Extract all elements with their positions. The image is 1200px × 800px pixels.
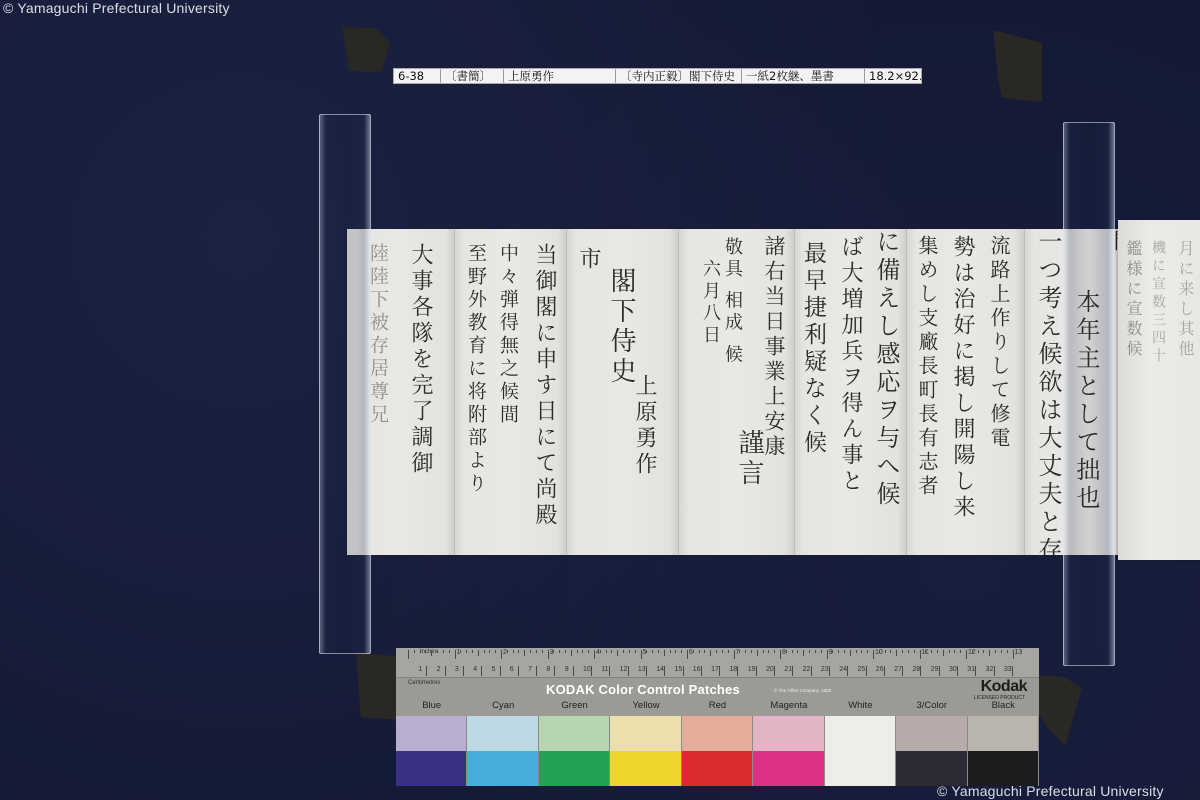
ruler-tick: [565, 650, 566, 653]
ruler-cm-tick: [994, 666, 995, 676]
ruler-tick: [768, 650, 769, 653]
ruler-inches-label: Inches: [420, 649, 438, 655]
ruler-tick: [774, 650, 775, 653]
ruler-tick: [652, 650, 653, 653]
ruler-cm-number: 12: [620, 666, 628, 673]
letter-panel-5: 最早捷利疑なく候 ば大増加兵ヲ得ん事と に備えし感応ヲ与へ候: [795, 229, 907, 555]
ruler-cm-number: 15: [675, 666, 683, 673]
ruler-tick: [617, 650, 618, 656]
label-size: 18.2×92.2: [865, 69, 921, 83]
patch-magenta: [753, 716, 824, 786]
ruler-tick: [1001, 650, 1002, 653]
ruler-cm-tick: [829, 666, 830, 676]
color-patches: [396, 716, 1039, 786]
letter-column: 至野外教育に将附部より: [463, 243, 490, 496]
ruler-cm-tick: [811, 666, 812, 676]
ruler-cm-tick: [628, 666, 629, 676]
acrylic-weight-right: [1063, 122, 1115, 666]
label-type: 〔書簡〕: [441, 69, 504, 83]
copyright-watermark-bottom: © Yamaguchi Prefectural University: [937, 783, 1164, 799]
ruler-tick: [431, 650, 432, 656]
letter-column-faint: 機に宣数三四十: [1148, 240, 1168, 366]
patch-dark: [396, 751, 466, 786]
ruler-cm-tick: [500, 666, 501, 676]
ruler-tick: [408, 650, 409, 659]
ruler-tick: [716, 650, 717, 653]
ruler-tick: [594, 650, 595, 659]
patch-name-black: Black: [968, 700, 1039, 714]
patch-cyan: [467, 716, 538, 786]
ruler-tick: [885, 650, 886, 653]
ruler-tick: [763, 650, 764, 653]
ruler-cm-number: 17: [711, 666, 719, 673]
ruler-inch-number: 9: [829, 649, 833, 656]
patch-light: [467, 716, 537, 751]
ruler-cm-tick: [683, 666, 684, 676]
ruler-tick: [966, 650, 967, 659]
ruler-inch-number: 8: [782, 649, 786, 656]
ruler-cm-tick: [957, 666, 958, 676]
patch-dark: [968, 751, 1038, 786]
ruler-inch-number: 11: [922, 649, 929, 656]
ruler-tick: [734, 650, 735, 659]
ruler-cm-tick: [847, 666, 848, 676]
ruler-tick: [536, 650, 537, 653]
patch-name-cyan: Cyan: [467, 700, 538, 714]
ruler-cm-tick: [737, 666, 738, 676]
ruler-cm-tick: [426, 666, 427, 676]
patch-black: [968, 716, 1039, 786]
ruler-tick: [850, 650, 851, 656]
ruler-tick: [989, 650, 990, 656]
ruler-tick: [821, 650, 822, 653]
ruler-tick: [675, 650, 676, 653]
ruler-cm-tick: [774, 666, 775, 676]
ruler-tick: [995, 650, 996, 653]
patch-light: [682, 716, 752, 751]
ruler-cm-tick: [701, 666, 702, 676]
letter-column: 最早捷利疑なく候: [797, 241, 830, 457]
ruler-cm-number: 7: [528, 666, 532, 673]
ruler-inch-number: 2: [503, 649, 507, 656]
ruler-tick: [751, 650, 752, 653]
ruler-tick: [437, 650, 438, 653]
ruler-tick: [670, 650, 671, 653]
ruler-cm-tick: [573, 666, 574, 676]
patch-blue: [396, 716, 467, 786]
ruler-tick: [710, 650, 711, 656]
ruler-tick: [414, 650, 415, 653]
ruler-cm-number: 8: [546, 666, 550, 673]
ruler-tick: [873, 650, 874, 659]
patch-name-red: Red: [682, 700, 753, 714]
ruler-cm-number: 13: [638, 666, 646, 673]
ruler-cm-tick: [554, 666, 555, 676]
patch-dark: [610, 751, 680, 786]
ruler-tick: [931, 650, 932, 653]
ruler-tick: [856, 650, 857, 653]
ruler-tick: [792, 650, 793, 653]
ruler-cm-tick: [975, 666, 976, 676]
ruler-cm-tick: [445, 666, 446, 676]
ruler-cm-number: 19: [748, 666, 756, 673]
patch-green: [539, 716, 610, 786]
ruler-tick: [809, 650, 810, 653]
ruler-tick: [1013, 650, 1014, 659]
letter-document: 陸陸下被存居尊兄 大事各隊を完了調御 至野外教育に将附部より 中々弾得無之候間 …: [347, 229, 1137, 555]
ruler-cm-number: 24: [839, 666, 847, 673]
ruler-tick: [460, 650, 461, 653]
patch-dark: [539, 751, 609, 786]
ruler-inch-number: 6: [689, 649, 693, 656]
kodak-color-chart: Inches Centimetres 123456789101112131234…: [396, 648, 1039, 786]
ruler-cm-number: 22: [803, 666, 811, 673]
ruler-tick: [1007, 650, 1008, 653]
ruler-tick: [472, 650, 473, 653]
ruler-tick: [501, 650, 502, 659]
ruler-cm-number: 21: [784, 666, 792, 673]
ruler-tick: [838, 650, 839, 653]
ruler-tick: [606, 650, 607, 653]
ruler-cm-number: 11: [601, 666, 608, 673]
ruler-tick: [548, 650, 549, 659]
ruler-tick: [832, 650, 833, 653]
ruler-tick: [861, 650, 862, 653]
patch-light: [896, 716, 966, 751]
ruler-tick: [896, 650, 897, 656]
ruler-tick: [623, 650, 624, 653]
ruler-tick: [704, 650, 705, 653]
letter-column: に備えし感応ヲ与へ候: [869, 229, 904, 509]
ruler-inch-number: 12: [968, 649, 976, 656]
ruler-tick: [815, 650, 816, 653]
letter-column-faint: 月に来し其他: [1174, 240, 1197, 360]
ruler-cm-number: 32: [986, 666, 994, 673]
ruler-tick: [571, 650, 572, 656]
ruler-centimetres-label: Centimetres: [408, 680, 440, 686]
ruler-cm-number: 9: [565, 666, 569, 673]
ruler-cm-number: 4: [473, 666, 477, 673]
ruler-cm-tick: [518, 666, 519, 676]
ruler-tick: [699, 650, 700, 653]
letter-panel-6: 集めし支廠長町長有志者 勢は治好に掲し開陽し来 流路上作りして修電: [907, 229, 1025, 555]
letter-addressee: 閣下侍史: [603, 267, 640, 387]
patch-dark: [467, 751, 537, 786]
letter-column: 一つ考え候欲は大丈夫と存候: [1031, 229, 1066, 555]
letter-panel-2: 至野外教育に将附部より 中々弾得無之候間 当御閣に申す日にて尚殿: [455, 229, 567, 555]
ruler-tick: [658, 650, 659, 653]
letter-column: 流路上作りして修電: [985, 235, 1014, 451]
ruler-cm-number: 31: [967, 666, 975, 673]
ruler-tick: [559, 650, 560, 653]
ruler-tick: [530, 650, 531, 653]
label-id: 6-38: [394, 69, 441, 83]
ruler-tick: [524, 650, 525, 656]
ruler-tick: [478, 650, 479, 656]
ruler-cm-tick: [664, 666, 665, 676]
ruler-tick: [513, 650, 514, 653]
ruler-cm-number: 27: [894, 666, 902, 673]
ruler-tick: [577, 650, 578, 653]
ruler-tick: [635, 650, 636, 653]
copyright-watermark-top: © Yamaguchi Prefectural University: [3, 0, 230, 16]
ruler-cm-number: 25: [858, 666, 866, 673]
ruler-tick: [455, 650, 456, 659]
patch-light: [539, 716, 609, 751]
ruler-cm-tick: [591, 666, 592, 676]
ruler-cm-number: 23: [821, 666, 829, 673]
ruler-inch-number: 10: [875, 649, 883, 656]
ruler: Inches Centimetres 123456789101112131234…: [396, 648, 1039, 678]
ruler-inch-number: 13: [1015, 649, 1023, 656]
ruler-tick: [902, 650, 903, 653]
ruler-tick: [960, 650, 961, 653]
ruler-tick: [867, 650, 868, 653]
patch-name-yellow: Yellow: [610, 700, 681, 714]
ruler-tick: [582, 650, 583, 653]
ruler-cm-tick: [646, 666, 647, 676]
chart-copyright: © The Tiffen Company, 2000: [774, 688, 831, 693]
ruler-inch-number: 1: [457, 649, 461, 656]
ruler-cm-number: 18: [729, 666, 737, 673]
ruler-cm-tick: [536, 666, 537, 676]
ruler-tick: [449, 650, 450, 653]
ruler-cm-number: 30: [949, 666, 957, 673]
ruler-tick: [664, 650, 665, 656]
patch-yellow: [610, 716, 681, 786]
ruler-inch-number: 4: [596, 649, 600, 656]
ruler-tick: [943, 650, 944, 656]
ruler-tick: [425, 650, 426, 653]
ruler-tick: [629, 650, 630, 653]
label-sender: 上原勇作: [504, 69, 616, 83]
ruler-tick: [443, 650, 444, 653]
ruler-cm-tick: [902, 666, 903, 676]
acrylic-weight-left: [319, 114, 371, 654]
letter-column: 市: [573, 247, 604, 273]
patch-dark: [825, 751, 895, 786]
ruler-cm-number: 2: [437, 666, 441, 673]
ruler-inch-number: 5: [643, 649, 647, 656]
patch-dark: [753, 751, 823, 786]
ruler-cm-number: 20: [766, 666, 774, 673]
patch-3color: [896, 716, 967, 786]
ruler-cm-number: 26: [876, 666, 884, 673]
ruler-tick: [890, 650, 891, 653]
letter-column: 諸右当日事業上安康: [759, 235, 789, 460]
ruler-tick: [954, 650, 955, 653]
ruler-cm-tick: [463, 666, 464, 676]
letter-column: 集めし支廠長町長有志者: [913, 235, 942, 499]
ruler-tick: [983, 650, 984, 653]
ruler-tick: [420, 650, 421, 653]
ruler-tick: [641, 650, 642, 659]
patch-dark: [682, 751, 752, 786]
patch-light: [610, 716, 680, 751]
ruler-cm-number: 14: [656, 666, 664, 673]
patch-light: [396, 716, 466, 751]
patch-name-green: Green: [539, 700, 610, 714]
ruler-tick: [908, 650, 909, 653]
ruler-tick: [844, 650, 845, 653]
ruler-cm-number: 10: [583, 666, 591, 673]
ruler-tick: [611, 650, 612, 653]
ruler-tick: [827, 650, 828, 659]
patch-name-blue: Blue: [396, 700, 467, 714]
letter-column: 中々弾得無之候間: [495, 243, 522, 427]
ruler-tick: [646, 650, 647, 653]
ruler-tick: [914, 650, 915, 653]
ruler-tick: [949, 650, 950, 653]
ruler-tick: [937, 650, 938, 653]
ruler-cm-number: 16: [693, 666, 701, 673]
ruler-cm-number: 3: [455, 666, 459, 673]
ruler-cm-tick: [884, 666, 885, 676]
patch-light: [968, 716, 1038, 751]
ruler-tick: [780, 650, 781, 659]
ruler-tick: [978, 650, 979, 653]
overlapping-page: 鑑様に宣数候 機に宣数三四十 月に来し其他: [1118, 220, 1200, 560]
ruler-tick: [518, 650, 519, 653]
ruler-tick: [553, 650, 554, 653]
ruler-cm-tick: [756, 666, 757, 676]
patch-dark: [896, 751, 966, 786]
ruler-tick: [757, 650, 758, 656]
patch-light: [753, 716, 823, 751]
tape-top-left: [342, 27, 390, 72]
ruler-tick: [803, 650, 804, 656]
ruler-cm-tick: [866, 666, 867, 676]
patch-names: Blue Cyan Green Yellow Red Magenta White…: [396, 700, 1039, 714]
patch-name-magenta: Magenta: [753, 700, 824, 714]
ruler-cm-tick: [792, 666, 793, 676]
ruler-tick: [681, 650, 682, 653]
tape-top-right: [993, 30, 1042, 102]
ruler-tick: [495, 650, 496, 653]
letter-signature: 上原勇作: [629, 374, 660, 478]
patch-light: [825, 716, 895, 751]
ruler-cm-number: 29: [931, 666, 939, 673]
letter-column-faint: 鑑様に宣数候: [1122, 240, 1145, 360]
label-recipient: 〔寺内正毅〕閣下侍史: [616, 69, 742, 83]
ruler-inch-number: 7: [736, 649, 740, 656]
ruler-cm-tick: [481, 666, 482, 676]
ruler-tick: [489, 650, 490, 653]
ruler-tick: [739, 650, 740, 653]
ruler-tick: [920, 650, 921, 659]
ruler-cm-tick: [719, 666, 720, 676]
label-format: 一紙2枚継、墨書: [742, 69, 865, 83]
kodak-logo: Kodak: [981, 678, 1027, 696]
ruler-tick: [588, 650, 589, 653]
ruler-tick: [466, 650, 467, 653]
letter-column: ば大増加兵ヲ得ん事と: [835, 235, 866, 495]
ruler-tick: [542, 650, 543, 653]
patch-red: [682, 716, 753, 786]
ruler-cm-number: 1: [418, 666, 422, 673]
ruler-tick: [687, 650, 688, 659]
ruler-cm-number: 5: [492, 666, 496, 673]
ruler-inch-number: 3: [550, 649, 554, 656]
ruler-cm-tick: [1012, 666, 1013, 676]
ruler-cm-number: 6: [510, 666, 514, 673]
ruler-tick: [797, 650, 798, 653]
ruler-cm-number: 33: [1004, 666, 1012, 673]
letter-column: 敬具 相成 候: [719, 237, 745, 366]
ruler-tick: [484, 650, 485, 653]
ruler-cm-tick: [939, 666, 940, 676]
letter-column: 当御閣に申す日にて尚殿: [529, 243, 560, 529]
ruler-tick: [745, 650, 746, 653]
letter-column: 大事各隊を完了調御: [405, 243, 436, 477]
ruler-cm-number: 28: [912, 666, 920, 673]
ruler-cm-tick: [920, 666, 921, 676]
ruler-tick: [722, 650, 723, 653]
catalog-label: 6-38 〔書簡〕 上原勇作 〔寺内正毅〕閣下侍史 一紙2枚継、墨書 18.2×…: [393, 68, 922, 84]
chart-title: KODAK Color Control Patches: [546, 682, 740, 697]
patch-white: [825, 716, 896, 786]
patch-name-3color: 3/Color: [896, 700, 967, 714]
ruler-tick: [728, 650, 729, 653]
letter-panel-3: 市 閣下侍史 上原勇作: [567, 229, 679, 555]
letter-column: 勢は治好に掲し開陽し来: [947, 235, 978, 521]
ruler-cm-tick: [609, 666, 610, 676]
patch-name-white: White: [825, 700, 896, 714]
letter-panel-4: 六月八日 敬具 相成 候 謹言 諸右当日事業上安康: [679, 229, 795, 555]
